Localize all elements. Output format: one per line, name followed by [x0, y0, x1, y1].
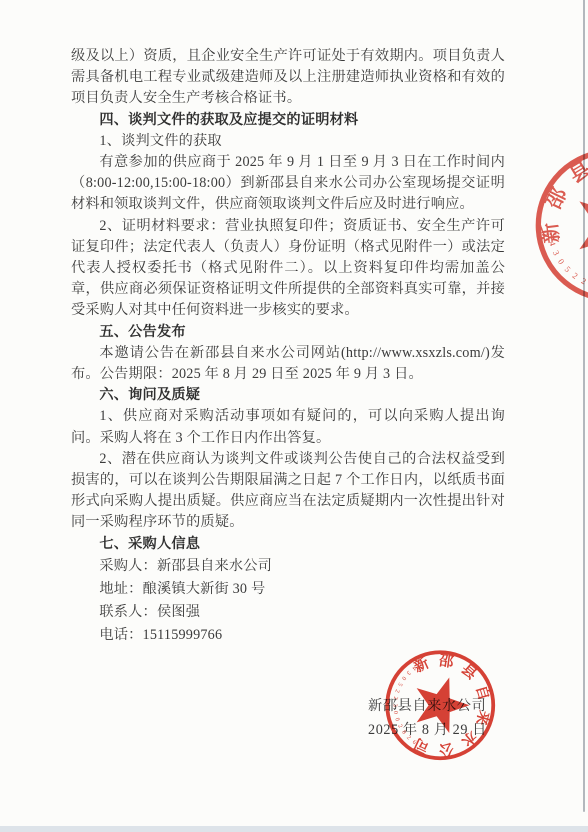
paragraph: 本邀请公告在新邵县自来水公司网站(http://www.xsxzls.com/)… — [71, 343, 505, 385]
svg-text:4: 4 — [411, 664, 417, 671]
svg-text:公: 公 — [437, 739, 454, 758]
section-heading: 五、公告发布 — [71, 322, 505, 343]
paragraph: 1、供应商对采购活动事项如有疑问的，可以向采购人提出询问。采购人将在 3 个工作… — [71, 406, 505, 448]
document-body: 级及以上）资质，且企业安全生产许可证处于有效期内。项目负责人需具备机电工程专业贰… — [71, 46, 505, 648]
svg-text:县: 县 — [458, 660, 480, 683]
section-heading: 六、询问及质疑 — [71, 385, 505, 406]
paragraph: 联系人：侯图强 — [71, 601, 505, 624]
paragraph: 2、潜在供应商认为谈判文件或谈判公告使自己的合法权益受到损害的，可以在谈判公告期… — [71, 449, 505, 534]
svg-text:5: 5 — [396, 681, 403, 686]
svg-text:0: 0 — [400, 675, 407, 681]
svg-text:5: 5 — [562, 264, 572, 274]
paragraph: 有意参加的供应商于 2025 年 9 月 1 日至 9 月 3 日在工作时间内（… — [71, 152, 505, 216]
svg-text:邵: 邵 — [542, 183, 572, 212]
signature-org: 新邵县自来水公司 — [368, 694, 487, 718]
signature-date: 2025 年 8 月 29 日 — [368, 718, 487, 742]
section-heading: 七、采购人信息 — [71, 534, 505, 555]
paragraph: 采购人：新邵县自来水公司 — [71, 555, 505, 578]
paragraph: 级及以上）资质，且企业安全生产许可证处于有效期内。项目负责人需具备机电工程专业贰… — [71, 46, 505, 110]
official-seal-top-icon: 新邵县自来水公司4305223002826 — [531, 144, 588, 307]
section-heading: 四、谈判文件的获取及应提交的证明材料 — [71, 110, 505, 131]
svg-text:邵: 邵 — [438, 652, 455, 671]
scanned-document-page: 级及以上）资质，且企业安全生产许可证处于有效期内。项目负责人需具备机电工程专业贰… — [0, 0, 588, 832]
svg-text:新: 新 — [411, 653, 432, 676]
paragraph: 电话：15115999766 — [71, 624, 505, 647]
signature-block: 新邵县自来水公司 2025 年 8 月 29 日 — [368, 694, 487, 742]
paragraph: 2、证明材料要求：营业执照复印件；资质证书、安全生产许可证复印件；法定代表人（负… — [71, 216, 505, 322]
svg-text:3: 3 — [405, 669, 411, 675]
scan-bottom-strip — [0, 826, 588, 832]
svg-text:3: 3 — [551, 248, 562, 256]
svg-text:新: 新 — [537, 220, 563, 244]
svg-text:4: 4 — [547, 240, 558, 248]
paragraph: 地址：酿溪镇大新街 30 号 — [71, 578, 505, 601]
svg-text:2: 2 — [393, 688, 400, 693]
svg-text:2: 2 — [570, 270, 579, 281]
svg-text:0: 0 — [556, 256, 567, 265]
scan-edge-line — [583, 0, 585, 812]
paragraph: 1、谈判文件的获取 — [71, 131, 505, 152]
